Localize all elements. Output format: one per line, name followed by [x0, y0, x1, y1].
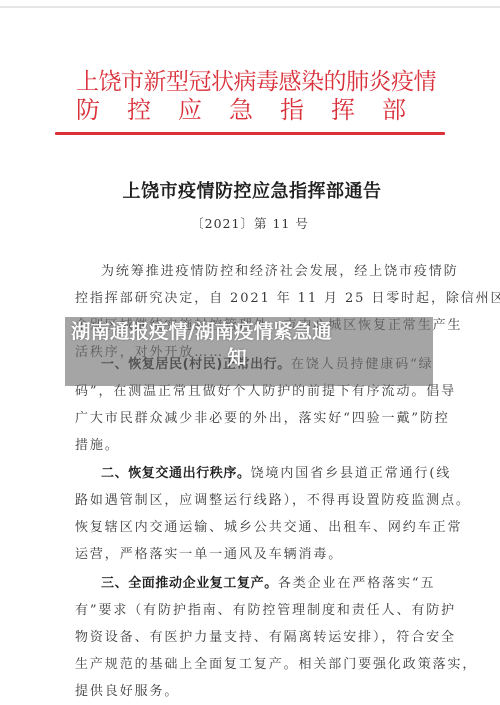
headline-line2: 知 [71, 345, 411, 371]
body-line: 有”要求（有防护指南、有防控管理制度和责任人、有防护 [75, 603, 430, 619]
body-line: 措施。 [75, 438, 430, 454]
headline-overlay-title[interactable]: 湖南通报疫情/湖南疫情紧急通 知 [71, 319, 411, 371]
body-line: 物资设备、有医护力量支持、有隔离转运安排），符合安全 [75, 630, 430, 646]
headline-line1: 湖南通报疫情/湖南疫情紧急通 [71, 320, 332, 343]
section-3-text: 各类企业在严格落实“五 [278, 576, 436, 591]
body-line: 广大市民群众减少非必要的外出，落实好“四验一戴”防控 [75, 411, 430, 427]
body-line: 运营，严格落实一单一通风及车辆消毒。 [75, 547, 430, 563]
notice-title: 上饶市疫情防控应急指挥部通告 [0, 177, 500, 203]
section-2-heading: 二、恢复交通出行秩序。 [101, 466, 251, 481]
section-2-line: 二、恢复交通出行秩序。饶境内国省乡县道正常通行(线 [75, 466, 456, 482]
body-line: 恢复辖区内交通运输、城乡公共交通、出租车、网约车正常 [75, 520, 430, 536]
body-line: 控指挥部研究决定，自 2021 年 11 月 25 日零时起，除信州区 [75, 291, 430, 307]
org-name-line2: 防控应急指挥部 [76, 96, 416, 124]
top-divider [0, 6, 500, 8]
red-header-rule [55, 132, 445, 135]
document-number: 〔2021〕第 11 号 [0, 214, 500, 232]
section-3-line: 三、全面推动企业复工复产。各类企业在严格落实“五 [75, 576, 456, 592]
org-name-line1: 上饶市新型冠状病毒感染的肺炎疫情 [76, 68, 416, 96]
body-line: 码”，在测温正常且做好个人防护的前提下有序流动。倡导 [75, 384, 430, 400]
body-line: 生产规范的基础上全面复工复产。相关部门要强化政策落实， [75, 657, 430, 673]
body-line: 为统筹推进疫情防控和经济社会发展，经上饶市疫情防 [75, 264, 456, 280]
section-3-heading: 三、全面推动企业复工复产。 [101, 576, 278, 591]
body-line: 提供良好服务。 [75, 684, 430, 700]
body-line: 路如遇管制区，应调整运行线路），不得再设置防疫监测点。 [75, 493, 430, 509]
section-2-text: 饶境内国省乡县道正常通行(线 [251, 466, 452, 481]
